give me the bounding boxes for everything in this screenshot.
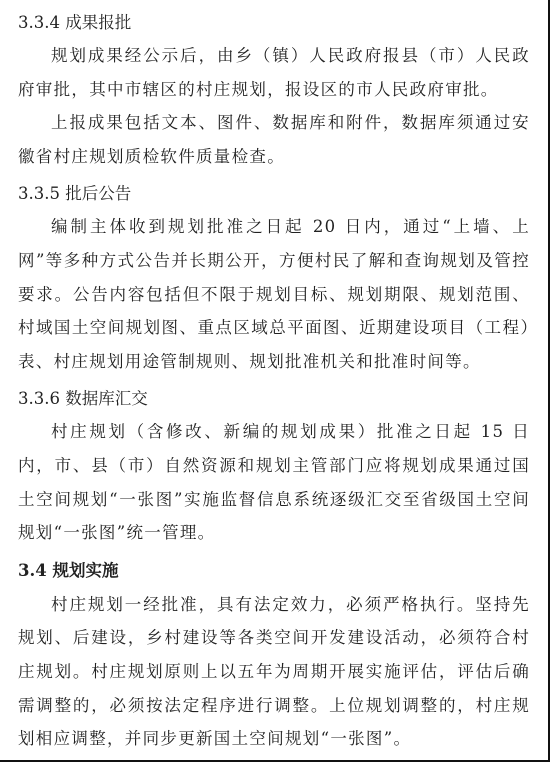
section-body: 规划成果经公示后，由乡（镇）人民政府报县（市）人民政府审批，其中市辖区的村庄规划… <box>18 39 530 173</box>
section-3-4: 3.4 规划实施 村庄规划一经批准，具有法定效力，必须严格执行。坚持先规划、后建… <box>18 554 530 756</box>
section-3-3-6: 3.3.6 数据库汇交 村庄规划（含修改、新编的规划成果）批准之日起 15 日内… <box>18 382 530 549</box>
section-heading: 3.3.4 成果报批 <box>18 6 530 39</box>
section-heading: 3.3.6 数据库汇交 <box>18 382 530 415</box>
paragraph: 规划成果经公示后，由乡（镇）人民政府报县（市）人民政府审批，其中市辖区的村庄规划… <box>18 39 530 106</box>
section-body: 村庄规划一经批准，具有法定效力，必须严格执行。坚持先规划、后建设，乡村建设等各类… <box>18 588 530 756</box>
document-page: 3.3.4 成果报批 规划成果经公示后，由乡（镇）人民政府报县（市）人民政府审批… <box>0 0 550 762</box>
paragraph: 村庄规划一经批准，具有法定效力，必须严格执行。坚持先规划、后建设，乡村建设等各类… <box>18 588 530 756</box>
document-body: 3.3.4 成果报批 规划成果经公示后，由乡（镇）人民政府报县（市）人民政府审批… <box>18 6 530 756</box>
section-heading: 3.3.5 批后公告 <box>18 177 530 210</box>
section-heading: 3.4 规划实施 <box>18 554 530 588</box>
section-body: 编制主体收到规划批准之日起 20 日内，通过“上墙、上网”等多种方式公告并长期公… <box>18 210 530 378</box>
paragraph: 上报成果包括文本、图件、数据库和附件，数据库须通过安徽省村庄规划质检软件质量检查… <box>18 106 530 173</box>
paragraph: 编制主体收到规划批准之日起 20 日内，通过“上墙、上网”等多种方式公告并长期公… <box>18 210 530 378</box>
section-body: 村庄规划（含修改、新编的规划成果）批准之日起 15 日内，市、县（市）自然资源和… <box>18 415 530 549</box>
section-3-3-5: 3.3.5 批后公告 编制主体收到规划批准之日起 20 日内，通过“上墙、上网”… <box>18 177 530 378</box>
section-3-3-4: 3.3.4 成果报批 规划成果经公示后，由乡（镇）人民政府报县（市）人民政府审批… <box>18 6 530 173</box>
paragraph: 村庄规划（含修改、新编的规划成果）批准之日起 15 日内，市、县（市）自然资源和… <box>18 415 530 549</box>
